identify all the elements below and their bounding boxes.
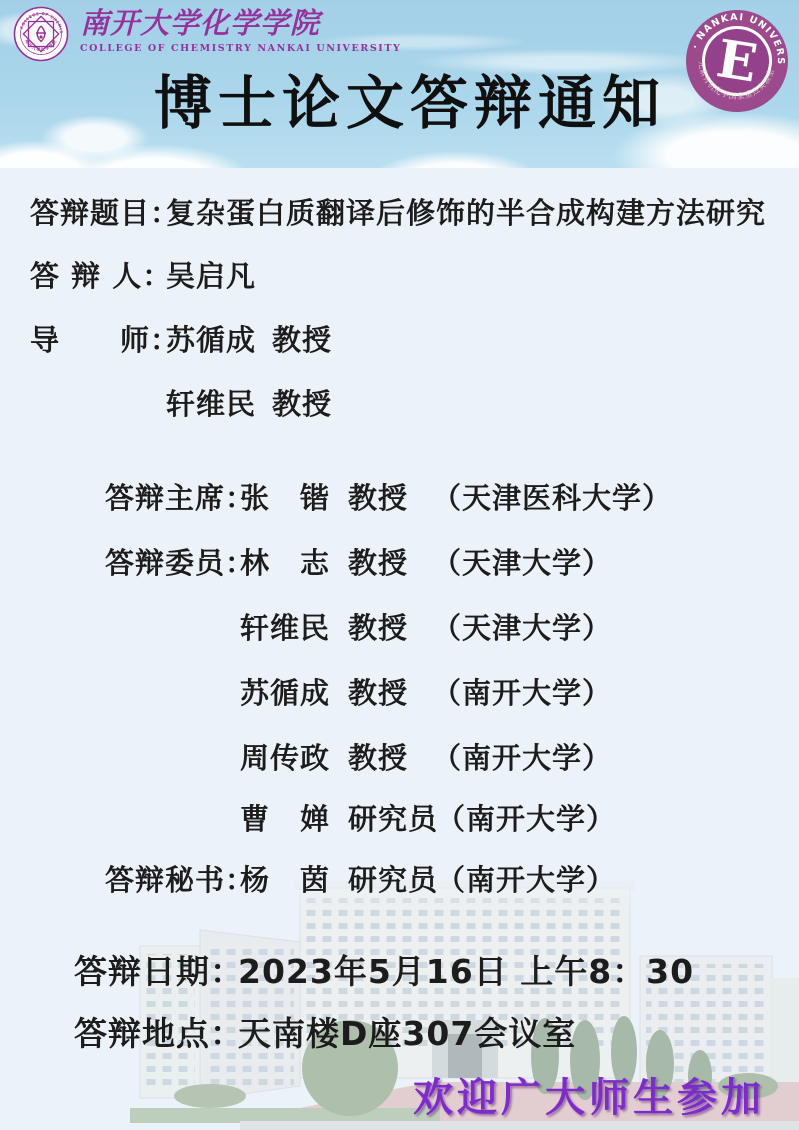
- member-title: 教授: [348, 541, 408, 582]
- candidate-name: 吴启凡: [166, 254, 256, 295]
- date-label: 答辩日期：: [74, 946, 244, 993]
- supervisor-name: 苏循成: [166, 318, 256, 359]
- college-name-en: COLLEGE OF CHEMISTRY NANKAI UNIVERSITY: [80, 43, 401, 54]
- page-title: 博士论文答辩通知: [30, 56, 790, 140]
- member-title: 教授: [348, 606, 408, 647]
- defense-notice-poster: COLLEGE OF CHEMISTRY 南开大学化学学院 南开大学化学学院 C…: [0, 0, 799, 1130]
- member-affiliation: （南开大学）: [436, 797, 616, 838]
- chair-affiliation: （天津医科大学）: [432, 476, 672, 517]
- member-name: 轩维民: [240, 606, 330, 647]
- member-affiliation: （天津大学）: [432, 606, 612, 647]
- chair-title: 教授: [348, 476, 408, 517]
- member-name: 苏循成: [240, 671, 330, 712]
- supervisor-title: 教授: [272, 318, 332, 359]
- member-title: 教授: [348, 736, 408, 777]
- date-value: 2023年5月16日 上午8：30: [238, 946, 694, 993]
- secretary-label: 答辩秘书：: [105, 858, 255, 899]
- supervisor-name: 轩维民: [166, 382, 256, 423]
- member-name: 林 志: [240, 541, 330, 582]
- member-affiliation: （南开大学）: [432, 671, 612, 712]
- secretary-name: 杨 茵: [240, 858, 330, 899]
- member-title: 研究员: [348, 797, 438, 838]
- member-affiliation: （天津大学）: [432, 541, 612, 582]
- college-name-block: 南开大学化学学院 COLLEGE OF CHEMISTRY NANKAI UNI…: [80, 6, 401, 54]
- welcome-text: 欢迎广大师生参加: [413, 1066, 765, 1123]
- chair-name: 张 锴: [240, 476, 330, 517]
- supervisor-label: 导 师：: [30, 318, 180, 359]
- candidate-label: 答 辩 人：: [30, 254, 172, 295]
- college-logo: COLLEGE OF CHEMISTRY 南开大学化学学院 南开大学化学学院 C…: [13, 6, 401, 62]
- topic-label: 答辩题目：: [30, 191, 180, 232]
- secretary-title: 研究员: [348, 858, 438, 899]
- header-banner: COLLEGE OF CHEMISTRY 南开大学化学学院 南开大学化学学院 C…: [0, 0, 799, 168]
- college-name-cn: 南开大学化学学院: [80, 6, 401, 40]
- venue-value: 天南楼D座307会议室: [238, 1008, 576, 1055]
- topic-text: 复杂蛋白质翻译后修饰的半合成构建方法研究: [166, 191, 766, 232]
- chair-label: 答辩主席：: [105, 476, 255, 517]
- supervisor-title: 教授: [272, 382, 332, 423]
- college-emblem-icon: COLLEGE OF CHEMISTRY 南开大学化学学院: [13, 6, 69, 62]
- venue-label: 答辩地点：: [74, 1008, 244, 1055]
- member-affiliation: （南开大学）: [432, 736, 612, 777]
- member-name: 周传政: [240, 736, 330, 777]
- member-title: 教授: [348, 671, 408, 712]
- member-name: 曹 婵: [240, 797, 330, 838]
- secretary-affiliation: （南开大学）: [436, 858, 616, 899]
- members-label: 答辩委员：: [105, 541, 255, 582]
